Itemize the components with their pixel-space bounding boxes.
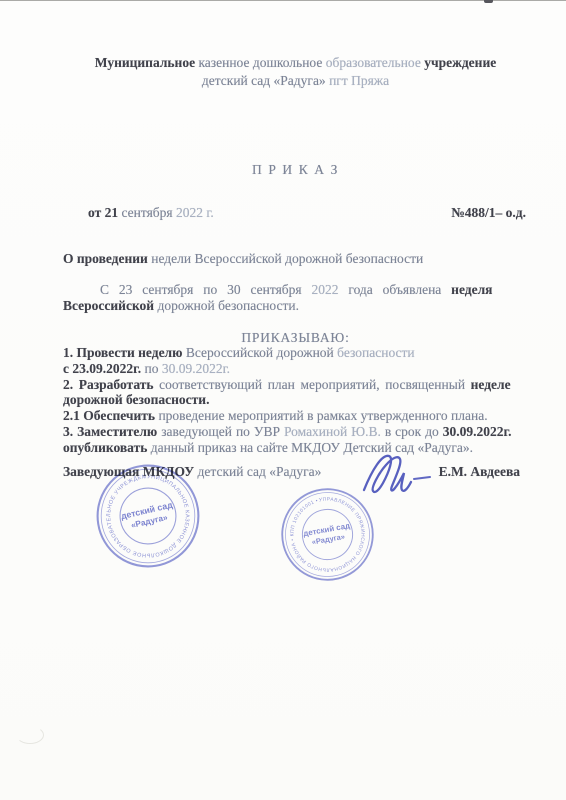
text-segment: детский сад «Радуга» xyxy=(194,464,321,479)
signatory-name: Е.М. Авдеева xyxy=(439,464,520,480)
text-segment: 2022 xyxy=(312,282,339,297)
text-segment: 30.09.2022г. xyxy=(443,424,512,439)
text-segment: пгт Пряжа xyxy=(329,73,389,88)
scan-top-tick-artifact xyxy=(484,0,493,3)
order-items: 1. Провести неделю Всероссийской дорожно… xyxy=(63,345,528,456)
text-segment: 2022 г. xyxy=(176,205,214,220)
date-number-row: от 21 сентября 2022 г. №488/1– о.д. xyxy=(63,205,528,221)
text-segment: 30.09.2022г. xyxy=(162,361,230,376)
text-segment: детский сад «Радуга» xyxy=(202,73,329,88)
text-segment: О проведении xyxy=(63,251,151,266)
order-item-3-line2: опубликовать данный приказ на сайте МКДО… xyxy=(63,440,528,456)
intro-paragraph-line2: Всероссийской дорожной безопасности. xyxy=(63,298,528,314)
text-segment: 3. Заместителю xyxy=(63,424,161,439)
text-segment: неделя xyxy=(451,282,492,297)
order-item-1-line2: с 23.09.2022г. по 30.09.2022г. xyxy=(63,361,528,377)
signature-stroke xyxy=(364,456,411,492)
organization-name-line2: детский сад «Радуга» пгт Пряжа xyxy=(63,72,528,90)
order-item-2-line2: дорожной безопасности. xyxy=(63,392,528,408)
text-segment: дорожной безопасности. xyxy=(63,392,209,407)
text-segment: в срок до xyxy=(381,424,443,439)
text-segment: с 23.09.2022г. xyxy=(63,361,141,376)
text-segment: соответствующий план мероприятий, посвящ… xyxy=(159,377,471,392)
order-item-1-line1: 1. Провести неделю Всероссийской дорожно… xyxy=(63,345,528,361)
signature-dash xyxy=(414,477,430,479)
text-segment: по xyxy=(141,361,162,376)
text-segment: Ромахиной Ю.В. xyxy=(284,424,381,439)
official-stamp-left: МУНИЦИПАЛЬНОЕ КАЗЕННОЕ ДОШКОЛЬНОЕ ОБРАЗО… xyxy=(86,454,210,578)
scan-top-edge-artifact xyxy=(0,0,566,1)
text-segment: проведение мероприятий в рамках утвержде… xyxy=(155,408,488,423)
intro-paragraph-line1: С 23 сентября по 30 сентября 2022 года о… xyxy=(63,282,528,298)
order-item-2-1: 2.1 Обеспечить проведение мероприятий в … xyxy=(63,408,528,424)
text-segment: №488/1– о.д. xyxy=(451,205,526,220)
text-segment: казенное дошкольное xyxy=(198,55,325,70)
text-segment: Муниципальное xyxy=(95,55,199,70)
text-segment: опубликовать xyxy=(63,440,147,455)
text-segment: неделе xyxy=(471,377,511,392)
text-segment: 1. Провести неделю xyxy=(63,345,186,360)
order-heading: ПРИКАЗЫВАЮ: xyxy=(63,330,528,346)
text-segment: от 21 xyxy=(88,205,121,220)
order-item-3-line1: 3. Заместителю заведующей по УВР Ромахин… xyxy=(63,424,528,440)
text-segment: недели Всероссийской дорожной безопаснос… xyxy=(151,251,423,266)
organization-name-line1: Муниципальное казенное дошкольное образо… xyxy=(63,54,528,72)
text-segment: образовательное xyxy=(326,55,425,70)
handwritten-signature xyxy=(356,446,436,498)
organization-header: Муниципальное казенное дошкольное образо… xyxy=(63,54,528,89)
text-segment: года объявлена xyxy=(339,282,452,297)
text-segment: С 23 сентября по 30 сентября xyxy=(100,282,312,297)
text-segment: заведующей по УВР xyxy=(161,424,284,439)
document-date: от 21 сентября 2022 г. xyxy=(63,205,214,221)
text-segment: учреждение xyxy=(424,55,496,70)
text-segment: дорожной безопасности. xyxy=(157,298,299,313)
document-title: П Р И К А З xyxy=(63,162,528,178)
subject-line: О проведении недели Всероссийской дорожн… xyxy=(63,251,528,267)
scanned-order-page: Муниципальное казенное дошкольное образо… xyxy=(0,0,566,800)
text-segment: Е.М. Авдеева xyxy=(439,464,520,479)
text-segment: Всероссийской дорожной xyxy=(186,345,337,360)
text-segment: 2. Разработать xyxy=(63,377,159,392)
text-segment: 2.1 Обеспечить xyxy=(63,408,155,423)
text-segment: Всероссийской xyxy=(63,298,157,313)
scan-bottom-artifact xyxy=(16,726,44,744)
text-segment: безопасности xyxy=(337,345,415,360)
text-segment: сентября xyxy=(121,205,176,220)
document-number: №488/1– о.д. xyxy=(451,205,526,221)
order-item-2-line1: 2. Разработать соответствующий план меро… xyxy=(63,377,528,393)
